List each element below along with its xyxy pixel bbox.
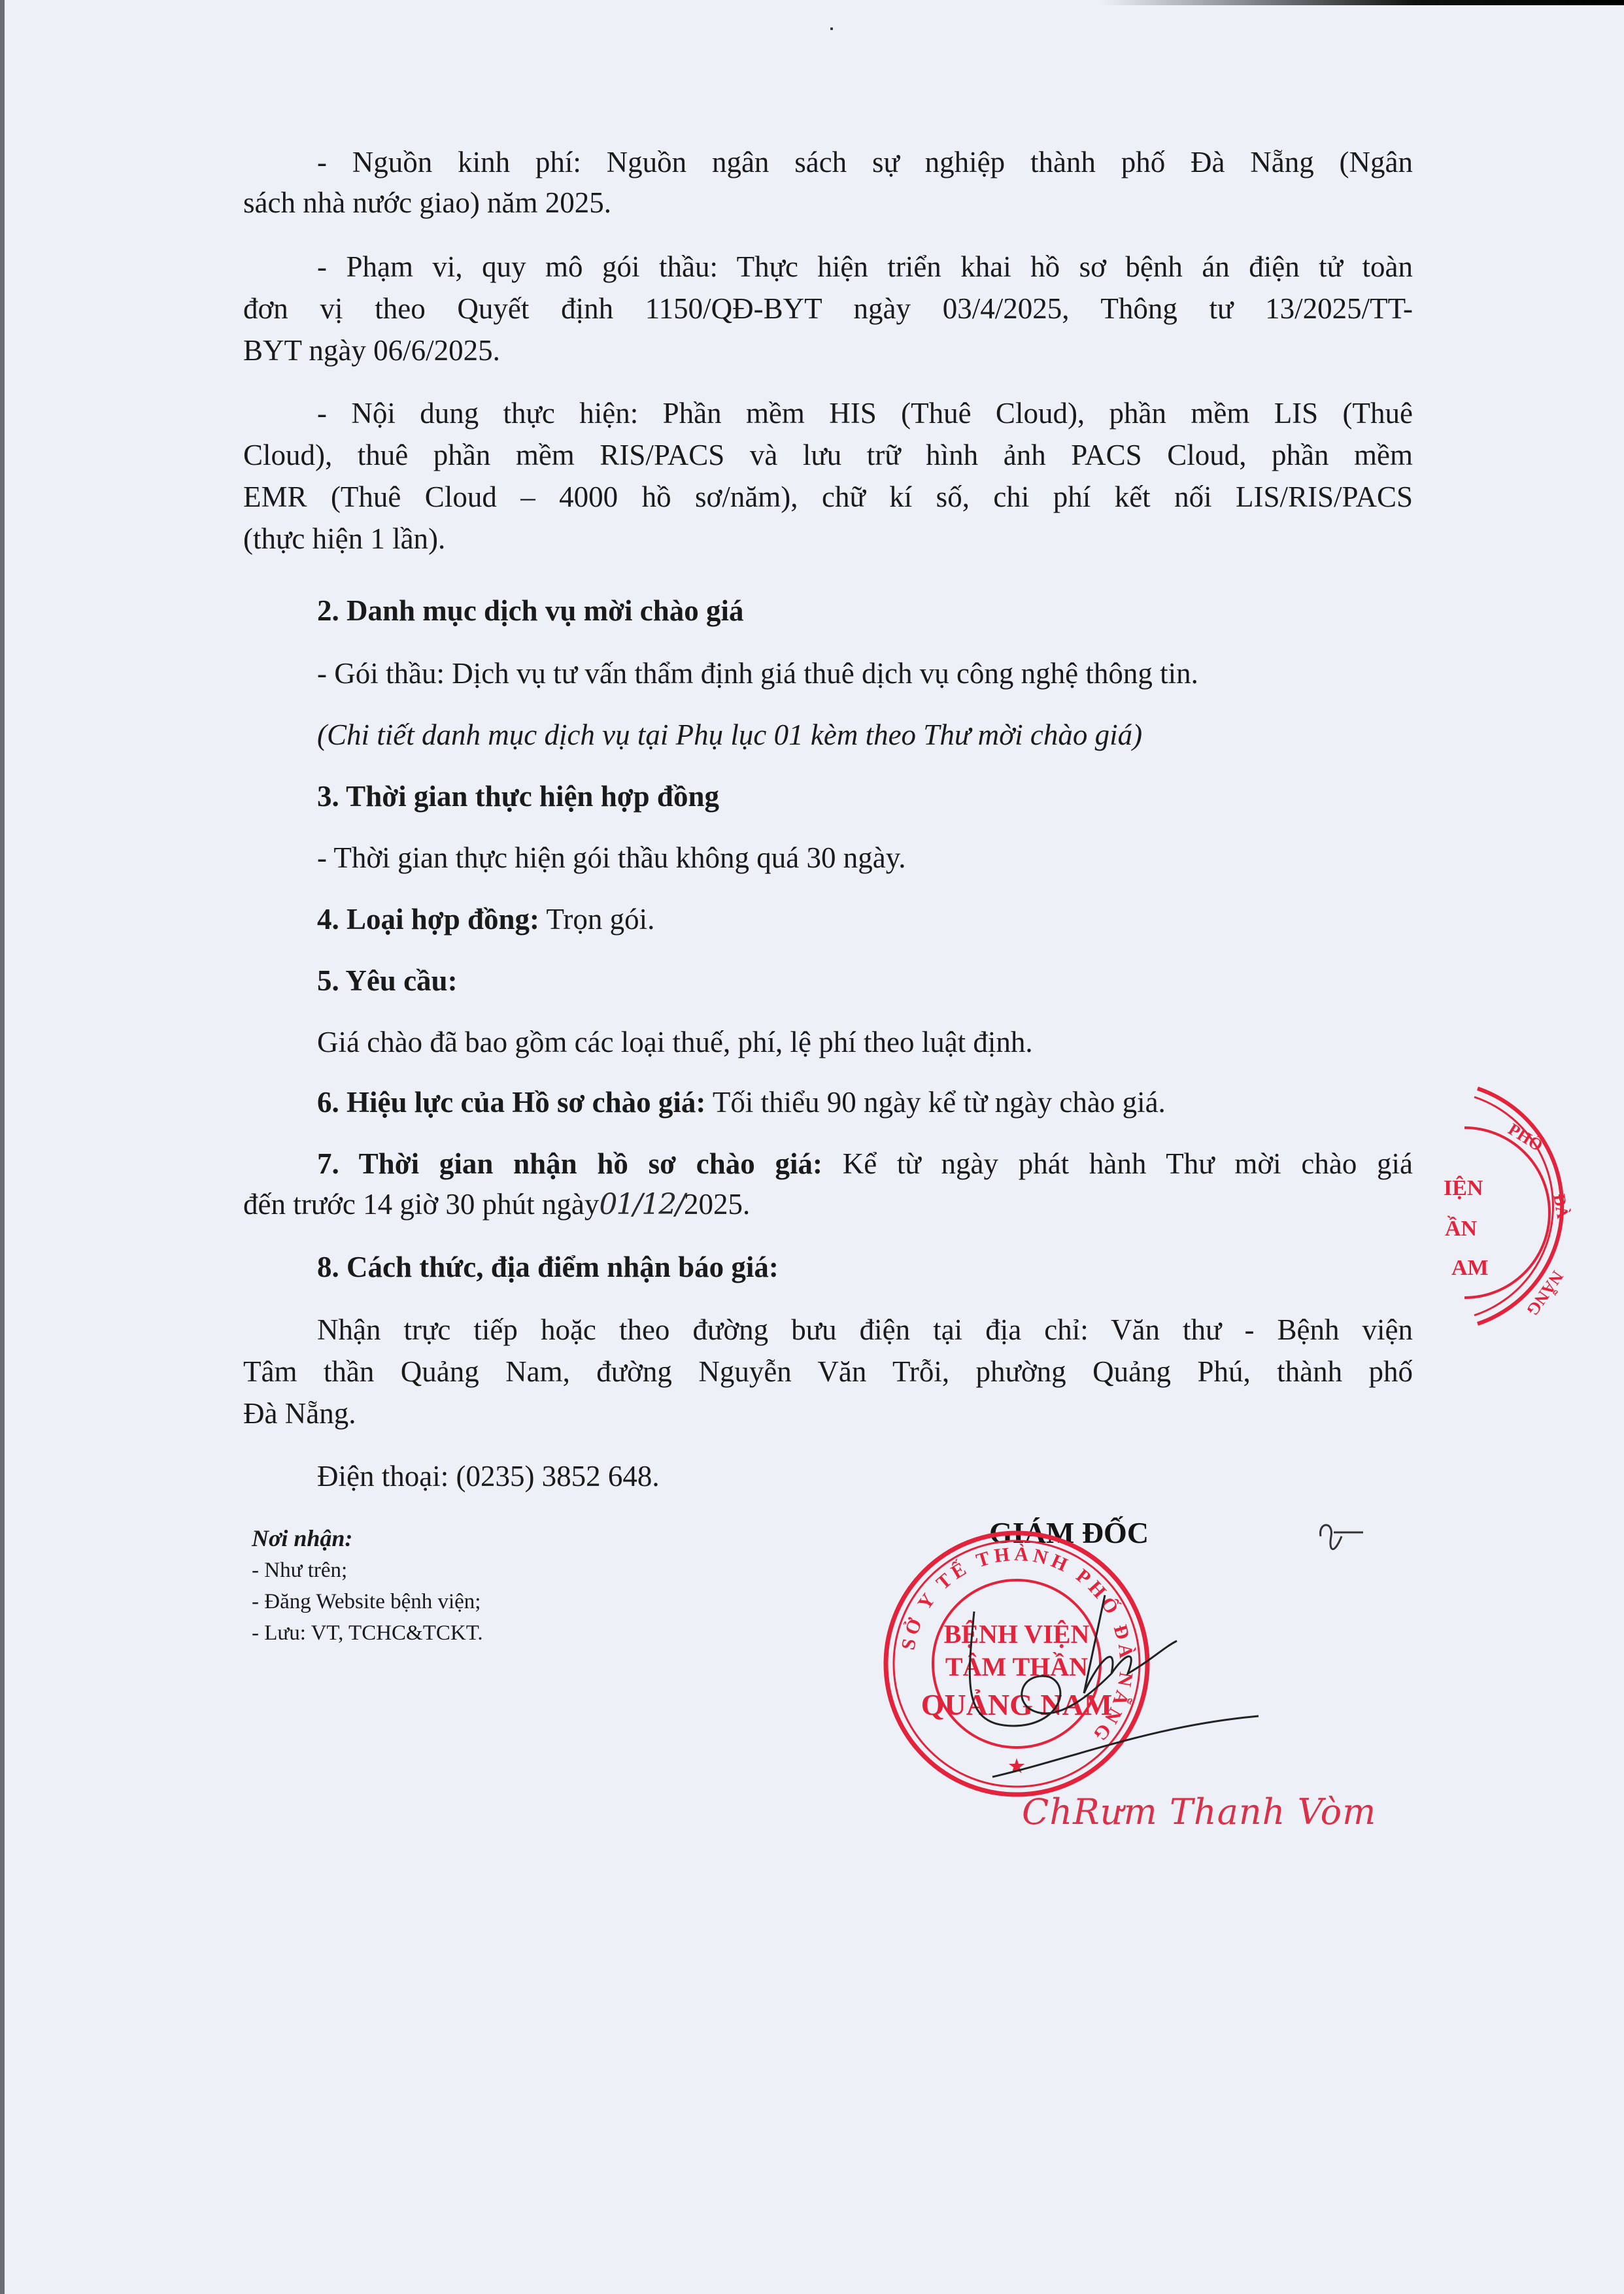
- section-8-line-2: Tâm thần Quảng Nam, đường Nguyễn Văn Trỗ…: [243, 1352, 1413, 1391]
- content-line-2: Cloud), thuê phần mềm RIS/PACS và lưu tr…: [243, 435, 1413, 475]
- section-3-heading: 3. Thời gian thực hiện hợp đồng: [317, 777, 719, 816]
- section-7-text: Kể từ ngày phát hành Thư mời chào giá: [822, 1147, 1413, 1180]
- recipient-item: - Như trên;: [252, 1555, 347, 1585]
- scope-line-2: đơn vị theo Quyết định 1150/QĐ-BYT ngày …: [243, 289, 1413, 328]
- section-5-text: Giá chào đã bao gồm các loại thuế, phí, …: [317, 1022, 1033, 1062]
- partial-stamp: PHỐ ĐÀ NẴNG PHỐ ĐÀ NẴNG IỆN ẦN AM: [1425, 1079, 1624, 1327]
- section-5-heading: 5. Yêu cầu:: [317, 961, 458, 1000]
- content-line-4: (thực hiện 1 lần).: [243, 519, 445, 558]
- section-7-deadline-year: 2025.: [684, 1188, 750, 1221]
- section-6-text: Tối thiểu 90 ngày kể từ ngày chào giá.: [705, 1086, 1165, 1119]
- scan-speck: [830, 27, 833, 30]
- signer-name: ChRưm Thanh Vòm: [1022, 1791, 1376, 1832]
- section-4-text: Trọn gói.: [539, 903, 654, 936]
- section-6-heading: 6. Hiệu lực của Hồ sơ chào giá:: [317, 1086, 705, 1119]
- phone-number: Điện thoại: (0235) 3852 648.: [317, 1457, 660, 1496]
- section-7-line-2: đến trước 14 giờ 30 phút ngày01/12/2025.: [243, 1185, 750, 1224]
- section-2-note: (Chi tiết danh mục dịch vụ tại Phụ lục 0…: [317, 715, 1142, 754]
- svg-text:PHỐ: PHỐ: [1505, 1119, 1546, 1155]
- scope-line-1: - Phạm vi, quy mô gói thầu: Thực hiện tr…: [243, 247, 1413, 286]
- section-8-line-1: Nhận trực tiếp hoặc theo đường bưu điện …: [243, 1310, 1413, 1349]
- section-8-line-3: Đà Nẵng.: [243, 1394, 356, 1433]
- handwritten-date: 01/12/: [599, 1188, 684, 1221]
- section-6: 6. Hiệu lực của Hồ sơ chào giá: Tối thiể…: [317, 1083, 1166, 1122]
- scope-line-3: BYT ngày 06/6/2025.: [243, 331, 500, 370]
- section-7-line-1: 7. Thời gian nhận hồ sơ chào giá: Kể từ …: [243, 1144, 1413, 1183]
- content-line-3: EMR (Thuê Cloud – 4000 hồ sơ/năm), chữ k…: [243, 477, 1413, 516]
- section-3-text: - Thời gian thực hiện gói thầu không quá…: [317, 838, 906, 877]
- funding-line-1: - Nguồn kinh phí: Nguồn ngân sách sự ngh…: [243, 143, 1413, 182]
- recipient-item: - Lưu: VT, TCHC&TCKT.: [252, 1618, 483, 1648]
- partial-stamp-text: IỆN: [1444, 1175, 1483, 1200]
- section-7-heading: 7. Thời gian nhận hồ sơ chào giá:: [317, 1147, 822, 1180]
- section-8-heading: 8. Cách thức, địa điểm nhận báo giá:: [317, 1247, 779, 1287]
- scan-edge: [0, 0, 5, 2294]
- funding-line-2: sách nhà nước giao) năm 2025.: [243, 183, 611, 222]
- content-line-1: - Nội dung thực hiện: Phần mềm HIS (Thuê…: [243, 394, 1413, 433]
- partial-stamp-text: ẦN: [1445, 1215, 1478, 1241]
- recipient-item: - Đăng Website bệnh viện;: [252, 1587, 481, 1617]
- scan-edge: [1101, 0, 1624, 5]
- section-4: 4. Loại hợp đồng: Trọn gói.: [317, 900, 654, 939]
- partial-stamp-text: AM: [1451, 1256, 1489, 1280]
- section-7-deadline-prefix: đến trước 14 giờ 30 phút ngày: [243, 1188, 599, 1221]
- handwritten-signature: [876, 1510, 1373, 1785]
- section-2-heading: 2. Danh mục dịch vụ mời chào giá: [317, 591, 744, 630]
- section-2-package: - Gói thầu: Dịch vụ tư vấn thẩm định giá…: [317, 654, 1198, 693]
- recipients-title: Nơi nhận:: [252, 1523, 352, 1553]
- section-4-heading: 4. Loại hợp đồng:: [317, 903, 539, 936]
